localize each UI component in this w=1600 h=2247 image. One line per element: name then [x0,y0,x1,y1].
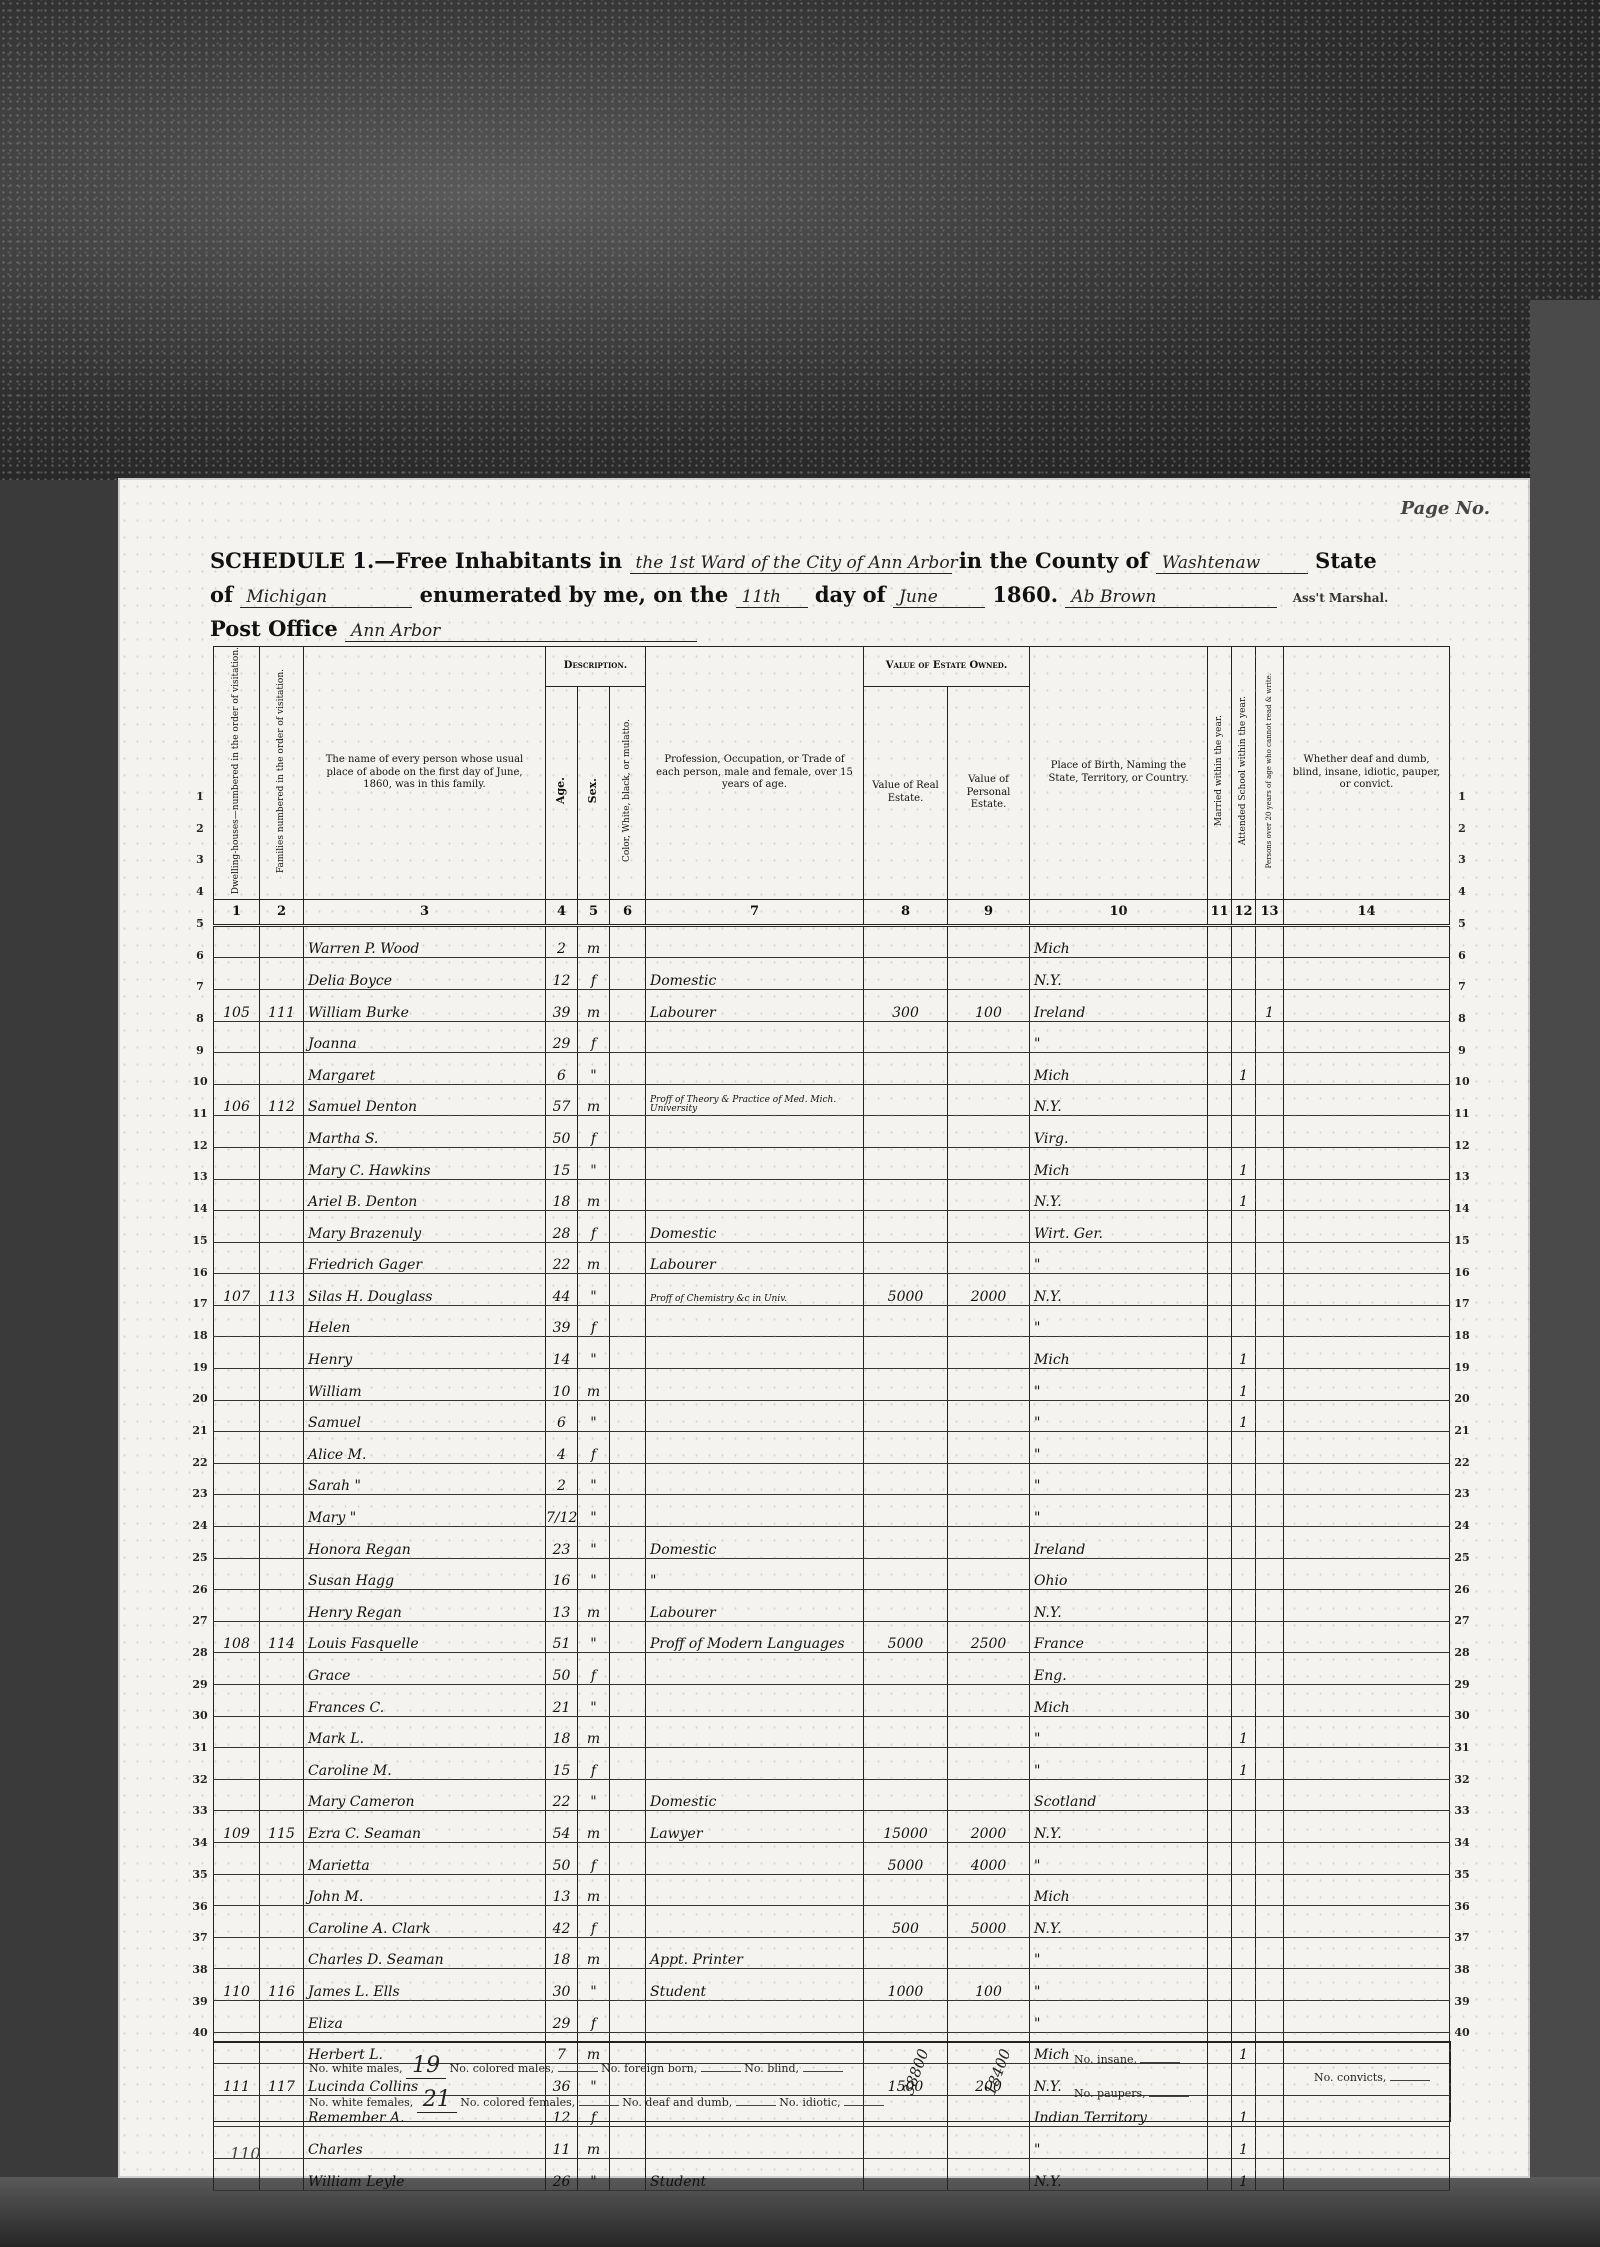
dwelling-number [214,1590,260,1622]
family-number [260,1463,304,1495]
age: 16 [546,1558,578,1590]
cannot-read-write [1256,1653,1284,1685]
line-number-right: 14 [1452,1202,1472,1215]
attended-school: 1 [1232,1748,1256,1780]
color [610,1242,646,1274]
attended-school [1232,925,1256,958]
person-name: Mary Brazenuly [304,1211,546,1243]
dwelling-number [214,1495,260,1527]
cannot-read-write [1256,1842,1284,1874]
attended-school [1232,1558,1256,1590]
birthplace: " [1030,2127,1208,2159]
family-number [260,1748,304,1780]
age: 14 [546,1337,578,1369]
sex: m [578,1811,610,1843]
page-no-label: Page No. [1401,498,1490,519]
sex: " [578,1495,610,1527]
census-rows: Warren P. Wood2mMichDelia Boyce12fDomest… [214,925,1450,2190]
personal-estate-value: 2000 [948,1811,1030,1843]
line-number-left: 20 [190,1392,210,1405]
birthplace: " [1030,1463,1208,1495]
attended-school [1232,2000,1256,2032]
family-number [260,1432,304,1464]
birthplace: Mich [1030,1147,1208,1179]
age: 18 [546,1937,578,1969]
sex: m [578,1242,610,1274]
attended-school: 1 [1232,1337,1256,1369]
cannot-read-write [1256,1527,1284,1559]
color [610,1305,646,1337]
real-estate-value [864,2158,948,2190]
condition [1284,1400,1450,1432]
sex: " [578,1621,610,1653]
line-number-right: 13 [1452,1170,1472,1183]
color [610,1874,646,1906]
colnum: 13 [1256,899,1284,925]
real-estate-value [864,1084,948,1116]
scan-background-right [1530,300,1600,2247]
person-name: Charles [304,2127,546,2159]
real-estate-value [864,1432,948,1464]
birthplace: Ireland [1030,1527,1208,1559]
personal-estate-value [948,1937,1030,1969]
birthplace: " [1030,2000,1208,2032]
family-number: 114 [260,1621,304,1653]
person-name: Frances C. [304,1685,546,1717]
personal-estate-value [948,1116,1030,1148]
cannot-read-write [1256,1495,1284,1527]
age: 4 [546,1432,578,1464]
dwelling-number [214,1369,260,1401]
married-within-year [1208,1432,1232,1464]
table-row: Mark L.18m"1 [214,1716,1450,1748]
family-number [260,2158,304,2190]
color [610,1116,646,1148]
color [610,1779,646,1811]
birthplace: " [1030,1495,1208,1527]
family-number [260,1147,304,1179]
line-number-left: 24 [190,1519,210,1532]
header-sex: Sex. [578,687,610,900]
married-within-year [1208,1527,1232,1559]
header-birthplace: Place of Birth, Naming the State, Territ… [1030,647,1208,900]
line-number-right: 10 [1452,1075,1472,1088]
line-number-right: 36 [1452,1900,1472,1913]
sex: f [578,2000,610,2032]
birthplace: Mich [1030,925,1208,958]
condition [1284,1969,1450,2001]
real-estate-value [864,1337,948,1369]
dwelling-number: 110 [214,1969,260,2001]
occupation [646,2000,864,2032]
family-number [260,1053,304,1085]
line-number-right: 24 [1452,1519,1472,1532]
married-within-year [1208,1274,1232,1306]
age: 22 [546,1242,578,1274]
line-number-right: 3 [1452,853,1472,866]
real-estate-value: 15000 [864,1811,948,1843]
age: 39 [546,989,578,1021]
sex: m [578,1716,610,1748]
married-within-year [1208,1621,1232,1653]
dwelling-number [214,1779,260,1811]
line-number-left: 10 [190,1075,210,1088]
occupation: Domestic [646,1779,864,1811]
married-within-year [1208,1716,1232,1748]
attended-school [1232,1969,1256,2001]
condition [1284,2127,1450,2159]
family-number [260,1558,304,1590]
line-number-right: 19 [1452,1361,1472,1374]
sex: m [578,1179,610,1211]
age: 23 [546,1527,578,1559]
cannot-read-write [1256,2158,1284,2190]
person-name: Henry Regan [304,1590,546,1622]
line-number-left: 12 [190,1139,210,1152]
attended-school [1232,1937,1256,1969]
table-row: Caroline A. Clark42f5005000N.Y. [214,1906,1450,1938]
person-name: Alice M. [304,1432,546,1464]
birthplace: Scotland [1030,1779,1208,1811]
color [610,1053,646,1085]
cannot-read-write [1256,958,1284,990]
condition [1284,958,1450,990]
age: 50 [546,1653,578,1685]
occupation: Student [646,1969,864,2001]
married-within-year [1208,1811,1232,1843]
occupation: Student [646,2158,864,2190]
family-number [260,1590,304,1622]
real-estate-value [864,1305,948,1337]
personal-estate-value [948,925,1030,958]
person-name: Mary C. Hawkins [304,1147,546,1179]
family-number [260,1779,304,1811]
attended-school [1232,1590,1256,1622]
line-number-right: 23 [1452,1487,1472,1500]
header-age-text: Age. [555,777,567,804]
birthplace: Virg. [1030,1116,1208,1148]
sex: f [578,1842,610,1874]
column-number-row: 1 2 3 4 5 6 7 8 9 10 11 12 13 14 [214,899,1450,925]
colnum: 5 [578,899,610,925]
table-row: Sarah "2"" [214,1463,1450,1495]
family-number: 113 [260,1274,304,1306]
table-row: Henry14"Mich1 [214,1337,1450,1369]
line-number-right: 15 [1452,1234,1472,1247]
occupation: Domestic [646,1211,864,1243]
age: 6 [546,1400,578,1432]
post-office-line: Post Office Ann Arbor [210,616,697,642]
occupation [646,1116,864,1148]
sex: f [578,1116,610,1148]
cannot-read-write [1256,1621,1284,1653]
color [610,1463,646,1495]
condition [1284,1685,1450,1717]
real-estate-value [864,2000,948,2032]
attended-school: 1 [1232,2158,1256,2190]
line-number-right: 20 [1452,1392,1472,1405]
foreign-born-label: No. foreign born, [601,2062,697,2075]
cannot-read-write [1256,1590,1284,1622]
page-number: Page No. [1401,498,1490,519]
real-estate-value [864,1937,948,1969]
dwelling-number: 107 [214,1274,260,1306]
family-number [260,1305,304,1337]
sex: m [578,1369,610,1401]
colnum: 3 [304,899,546,925]
personal-estate-value [948,1432,1030,1464]
dwelling-number [214,958,260,990]
attended-school [1232,1779,1256,1811]
age: 28 [546,1211,578,1243]
real-estate-value [864,1653,948,1685]
attended-school: 1 [1232,1369,1256,1401]
line-number-left: 3 [190,853,210,866]
post-office-field: Ann Arbor [345,621,697,642]
real-estate-value [864,1179,948,1211]
header-age: Age. [546,687,578,900]
condition [1284,1874,1450,1906]
line-number-left: 15 [190,1234,210,1247]
color [610,1748,646,1780]
dwelling-number [214,1463,260,1495]
condition [1284,1558,1450,1590]
age: 50 [546,1842,578,1874]
color [610,1685,646,1717]
colored-females-label: No. colored females, [460,2096,575,2109]
sex: f [578,1653,610,1685]
table-row: Frances C.21"Mich [214,1685,1450,1717]
married-within-year [1208,1495,1232,1527]
line-number-right: 5 [1452,917,1472,930]
personal-estate-value [948,1874,1030,1906]
personal-estate-value [948,1053,1030,1085]
person-name: John M. [304,1874,546,1906]
cannot-read-write [1256,1305,1284,1337]
colnum: 11 [1208,899,1232,925]
table-row: Delia Boyce12fDomesticN.Y. [214,958,1450,990]
table-row: Grace50fEng. [214,1653,1450,1685]
cannot-read-write [1256,1432,1284,1464]
dwelling-number [214,1558,260,1590]
sex: m [578,989,610,1021]
married-within-year [1208,1053,1232,1085]
dwelling-number: 109 [214,1811,260,1843]
person-name: Louis Fasquelle [304,1621,546,1653]
person-name: Sarah " [304,1463,546,1495]
sex: " [578,1337,610,1369]
attended-school [1232,1685,1256,1717]
married-within-year [1208,1653,1232,1685]
colored-males-label: No. colored males, [450,2062,554,2075]
condition [1284,1369,1450,1401]
age: 15 [546,1748,578,1780]
cannot-read-write [1256,1748,1284,1780]
personal-estate-value [948,1242,1030,1274]
family-number [260,1242,304,1274]
line-number-left: 22 [190,1456,210,1469]
line-number-left: 40 [190,2026,210,2039]
birthplace: N.Y. [1030,1084,1208,1116]
color [610,1842,646,1874]
line-number-right: 16 [1452,1266,1472,1279]
dwelling-number [214,1685,260,1717]
personal-estate-value [948,1558,1030,1590]
sex: f [578,958,610,990]
table-row: Charles D. Seaman18mAppt. Printer" [214,1937,1450,1969]
header-condition: Whether deaf and dumb, blind, insane, id… [1284,647,1450,900]
person-name: Ariel B. Denton [304,1179,546,1211]
person-name: Grace [304,1653,546,1685]
dwelling-number [214,1874,260,1906]
married-within-year [1208,958,1232,990]
day-of-label: day of [815,582,886,607]
birthplace: " [1030,1937,1208,1969]
person-name: Eliza [304,2000,546,2032]
birthplace: Wirt. Ger. [1030,1211,1208,1243]
line-number-left: 25 [190,1551,210,1564]
person-name: Caroline M. [304,1748,546,1780]
sex: " [578,1274,610,1306]
occupation: Appt. Printer [646,1937,864,1969]
personal-estate-value [948,2000,1030,2032]
birthplace: N.Y. [1030,958,1208,990]
real-estate-value [864,1400,948,1432]
color [610,1906,646,1938]
color [610,1084,646,1116]
person-name: James L. Ells [304,1969,546,2001]
dwelling-number [214,1179,260,1211]
cannot-read-write: 1 [1256,989,1284,1021]
year: 1860. [992,582,1058,607]
line-number-left: 21 [190,1424,210,1437]
occupation [646,1021,864,1053]
attended-school: 1 [1232,1147,1256,1179]
table-row: Mary "7/12"" [214,1495,1450,1527]
personal-estate-value [948,1305,1030,1337]
personal-estate-total: 18400 [981,2047,1014,2098]
real-estate-value [864,1779,948,1811]
occupation [646,1053,864,1085]
table-row: 110116James L. Ells30"Student1000100" [214,1969,1450,2001]
color [610,2127,646,2159]
person-name: Silas H. Douglass [304,1274,546,1306]
condition [1284,1305,1450,1337]
real-estate-value: 500 [864,1906,948,1938]
enumeration-line: of Michigan enumerated by me, on the 11t… [210,582,1388,608]
table-row: Susan Hagg16""Ohio [214,1558,1450,1590]
family-number [260,1116,304,1148]
personal-estate-value [948,1716,1030,1748]
age: 57 [546,1084,578,1116]
line-number-left: 7 [190,980,210,993]
married-within-year [1208,2158,1232,2190]
cannot-read-write [1256,1053,1284,1085]
condition [1284,1495,1450,1527]
real-estate-value [864,1369,948,1401]
condition [1284,925,1450,958]
condition [1284,1653,1450,1685]
real-estate-value [864,1211,948,1243]
cannot-read-write [1256,1147,1284,1179]
colnum: 9 [948,899,1030,925]
personal-estate-value [948,1779,1030,1811]
sex: " [578,1147,610,1179]
color [610,1337,646,1369]
attended-school [1232,1906,1256,1938]
header-dwelling-text: Dwelling-houses—numbered in the order of… [232,647,242,894]
line-number-right: 25 [1452,1551,1472,1564]
header-occupation: Profession, Occupation, or Trade of each… [646,647,864,900]
family-number [260,1211,304,1243]
schedule-title-line: SCHEDULE 1.—Free Inhabitants in the 1st … [210,548,1377,574]
attended-school: 1 [1232,1179,1256,1211]
person-name: Caroline A. Clark [304,1906,546,1938]
attended-school: 1 [1232,1400,1256,1432]
attended-school [1232,1842,1256,1874]
table-row: Warren P. Wood2mMich [214,925,1450,958]
line-number-right: 2 [1452,822,1472,835]
cannot-read-write [1256,1116,1284,1148]
line-number-right: 21 [1452,1424,1472,1437]
person-name: Warren P. Wood [304,925,546,958]
colnum: 14 [1284,899,1450,925]
married-within-year [1208,1116,1232,1148]
line-number-left: 38 [190,1963,210,1976]
attended-school: 1 [1232,1716,1256,1748]
condition [1284,1337,1450,1369]
married-within-year [1208,925,1232,958]
condition [1284,1527,1450,1559]
attended-school [1232,1305,1256,1337]
family-number [260,1495,304,1527]
line-number-left: 11 [190,1107,210,1120]
family-number: 115 [260,1811,304,1843]
married-within-year [1208,2127,1232,2159]
colnum: 1 [214,899,260,925]
condition [1284,1937,1450,1969]
birthplace: " [1030,1242,1208,1274]
birthplace: N.Y. [1030,2158,1208,2190]
sex: m [578,1937,610,1969]
age: 15 [546,1147,578,1179]
line-number-right: 27 [1452,1614,1472,1627]
paupers-label-text: No. paupers, [1074,2087,1146,2100]
line-number-left: 37 [190,1931,210,1944]
convicts-label: No. convicts, [1314,2071,1430,2084]
county-field: Washtenaw [1156,553,1308,574]
day-field: 11th [736,587,808,608]
married-within-year [1208,1084,1232,1116]
person-name: Martha S. [304,1116,546,1148]
line-number-left: 33 [190,1804,210,1817]
dwelling-number [214,2158,260,2190]
birthplace: " [1030,1369,1208,1401]
state-label: State [1315,548,1377,573]
married-within-year [1208,989,1232,1021]
condition [1284,1716,1450,1748]
dwelling-number [214,1400,260,1432]
birthplace: Ireland [1030,989,1208,1021]
real-estate-value: 5000 [864,1842,948,1874]
person-name: Honora Regan [304,1527,546,1559]
header-dwelling: Dwelling-houses—numbered in the order of… [214,647,260,900]
post-office-label: Post Office [210,616,338,641]
personal-estate-value [948,1369,1030,1401]
line-number-left: 31 [190,1741,210,1754]
table-row: John M.13mMich [214,1874,1450,1906]
family-number [260,2127,304,2159]
